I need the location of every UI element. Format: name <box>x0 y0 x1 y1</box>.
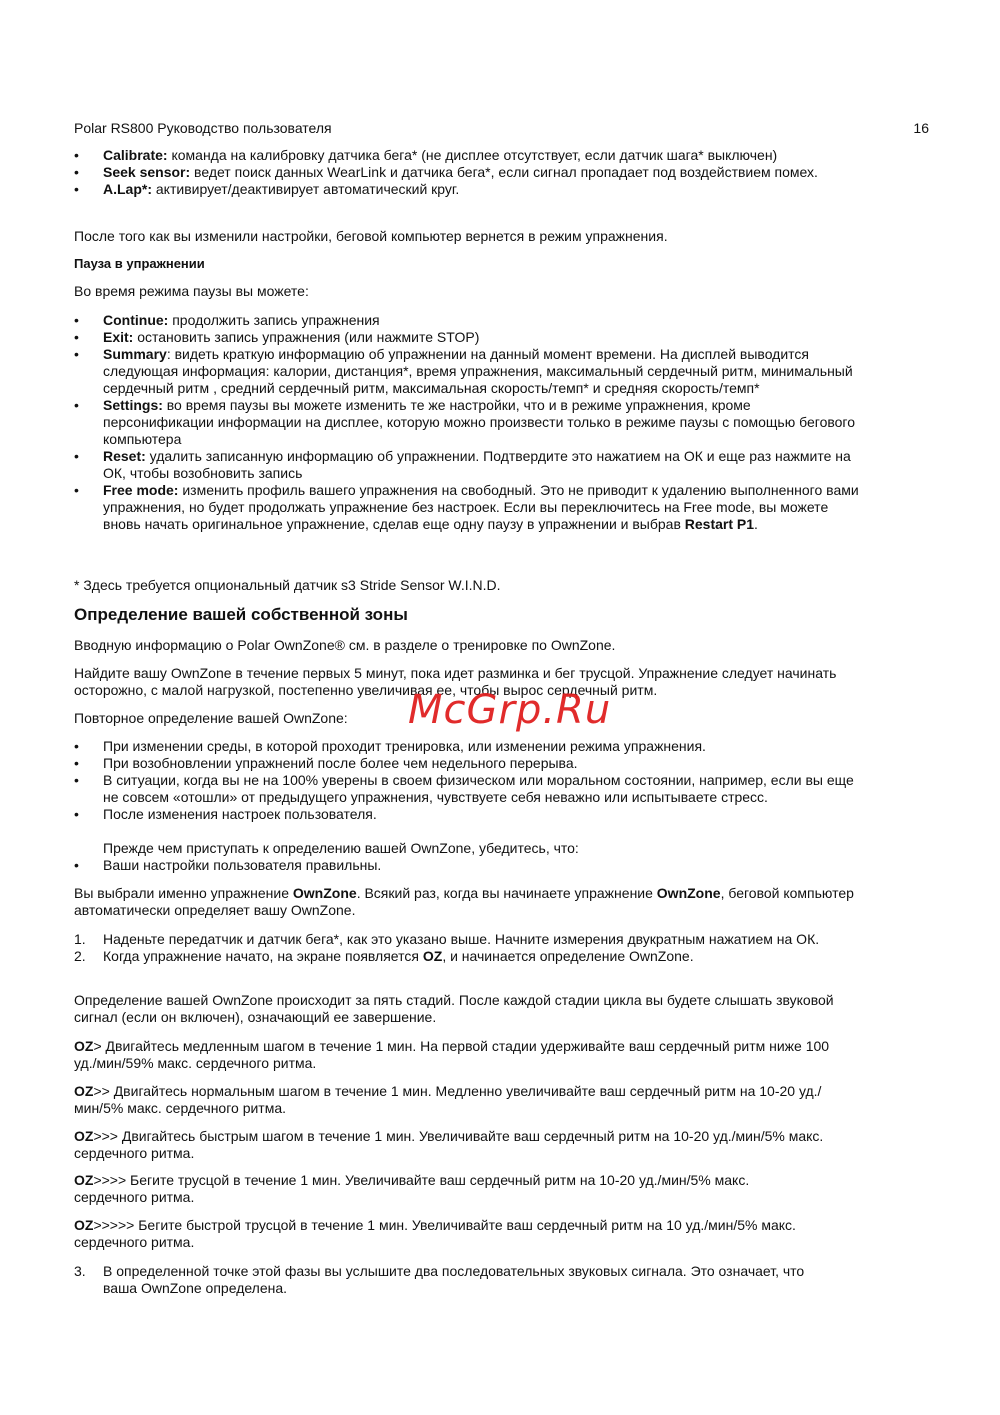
watermark: McGrp.Ru <box>408 688 611 732</box>
list-item: Exit: остановить запись упражнения (или … <box>74 329 864 346</box>
paragraph: Определение вашей OwnZone происходит за … <box>74 992 844 1026</box>
section-heading: Определение вашей собственной зоны <box>74 605 408 625</box>
steps-list: 1.Наденьте передатчик и датчик бега*, ка… <box>74 931 864 965</box>
list-item: Calibrate: команда на калибровку датчика… <box>74 147 854 164</box>
paragraph: После того как вы изменили настройки, бе… <box>74 228 874 245</box>
list-item: При возобновлении упражнений после более… <box>74 755 854 772</box>
check-list: Ваши настройки пользователя правильны. <box>74 857 854 874</box>
stage-paragraph: OZ>> Двигайтесь нормальным шагом в течен… <box>74 1083 844 1117</box>
list-item: Ваши настройки пользователя правильны. <box>74 857 854 874</box>
paragraph: Вводную информацию о Polar OwnZone® см. … <box>74 637 874 654</box>
list-item: 1.Наденьте передатчик и датчик бега*, ка… <box>74 931 864 948</box>
page-number: 16 <box>913 120 929 136</box>
stage-paragraph: OZ>>>>> Бегите быстрой трусцой в течение… <box>74 1217 864 1251</box>
list-item: При изменении среды, в которой проходит … <box>74 738 854 755</box>
pause-options-list: Continue: продолжить запись упражнения E… <box>74 312 864 533</box>
list-item: Settings: во время паузы вы можете измен… <box>74 397 864 448</box>
repeat-conditions-list: При изменении среды, в которой проходит … <box>74 738 854 823</box>
stage-paragraph: OZ>>>> Бегите трусцой в течение 1 мин. У… <box>74 1172 804 1206</box>
document-title: Polar RS800 Руководство пользователя <box>74 120 332 136</box>
list-item: A.Lap*: активирует/деактивирует автомати… <box>74 181 854 198</box>
list-item: Summary: видеть краткую информацию об уп… <box>74 346 864 397</box>
list-item: Reset: удалить записанную информацию об … <box>74 448 864 482</box>
paragraph: Вы выбрали именно упражнение OwnZone. Вс… <box>74 885 854 919</box>
stage-paragraph: OZ> Двигайтесь медленным шагом в течение… <box>74 1038 834 1072</box>
list-item: В ситуации, когда вы не на 100% уверены … <box>74 772 854 806</box>
list-item: После изменения настроек пользователя. <box>74 806 854 823</box>
paragraph: Во время режима паузы вы можете: <box>74 283 309 300</box>
list-item: Continue: продолжить запись упражнения <box>74 312 864 329</box>
stage-paragraph: OZ>>> Двигайтесь быстрым шагом в течение… <box>74 1128 844 1162</box>
paragraph: Повторное определение вашей OwnZone: <box>74 710 348 727</box>
page-header: Polar RS800 Руководство пользователя 16 <box>74 120 929 136</box>
list-item: Free mode: изменить профиль вашего упраж… <box>74 482 864 533</box>
list-item: 2.Когда упражнение начато, на экране поя… <box>74 948 864 965</box>
paragraph: Прежде чем приступать к определению ваше… <box>74 840 579 857</box>
list-item: Seek sensor: ведет поиск данных WearLink… <box>74 164 854 181</box>
section-subheading: Пауза в упражнении <box>74 255 205 272</box>
list-item: 3.В определенной точке этой фазы вы услы… <box>74 1263 834 1297</box>
footnote: * Здесь требуется опциональный датчик s3… <box>74 577 501 594</box>
steps-list-continued: 3.В определенной точке этой фазы вы услы… <box>74 1263 834 1297</box>
settings-list: Calibrate: команда на калибровку датчика… <box>74 147 854 198</box>
